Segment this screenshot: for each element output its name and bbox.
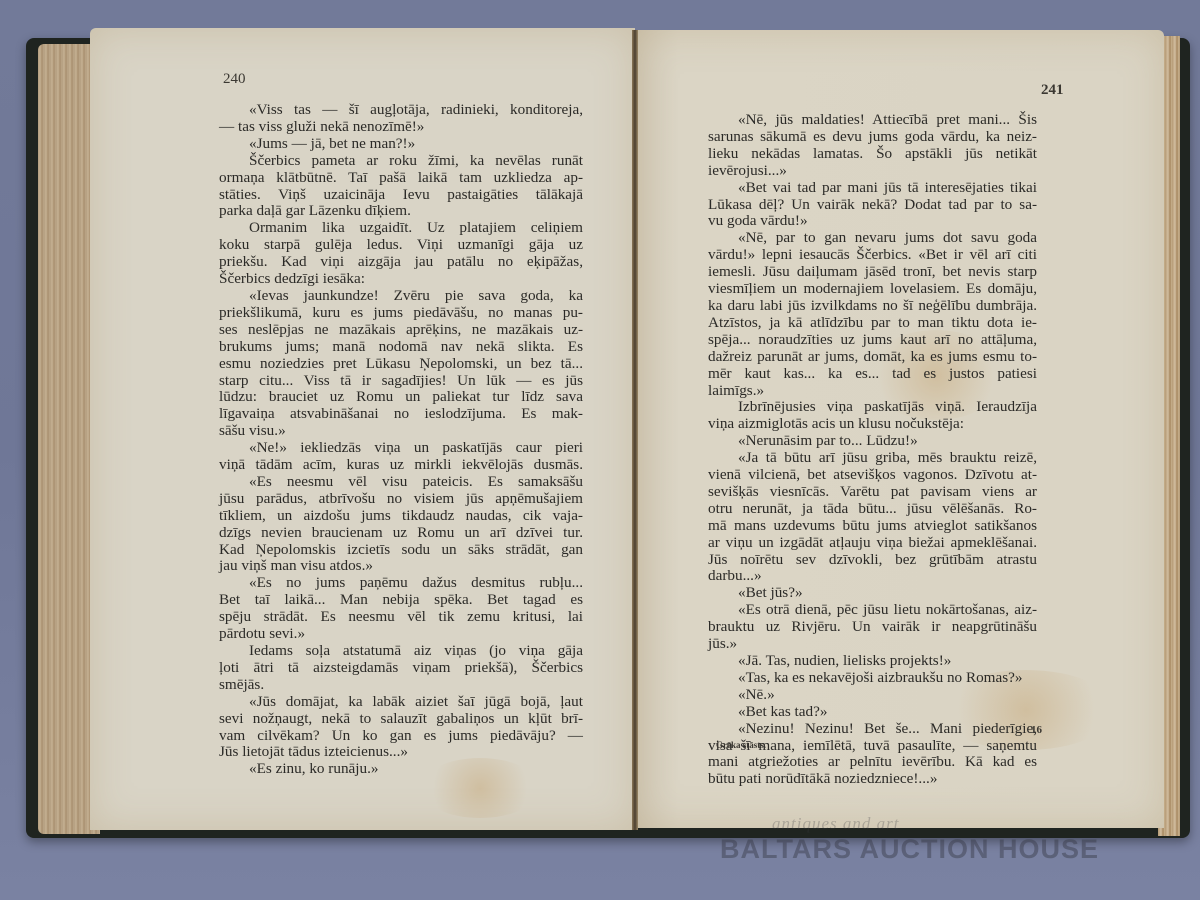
- text-line: «Es zinu, ko runāju.»: [219, 761, 583, 778]
- left-page-number: 240: [223, 71, 246, 88]
- text-line: mā mans uzdevums būtu jums atvieglot sat…: [708, 518, 1037, 535]
- text-line: esmu noziedzies pret Lūkasu Ņepolomski, …: [219, 356, 583, 373]
- text-line: «Es neesmu vēl visu pateicis. Es samaksā…: [219, 474, 583, 491]
- text-line: ļoti ātri tā aizsteigdamās viņam priekšā…: [219, 660, 583, 677]
- text-line: «Tas, ka es nekavējoši aizbraukšu no Rom…: [708, 670, 1037, 687]
- text-line: Ormanim lika uzgaidīt. Uz platajiem celi…: [219, 220, 583, 237]
- text-line: darbu...»: [708, 568, 1037, 585]
- text-line: sevi nožņaugt, nekā to salauzīt gabaliņo…: [219, 711, 583, 728]
- text-line: priekšu. Kad viņi aizgāja jau patālu no …: [219, 254, 583, 271]
- text-line: Jūs noīrētu sev dzīvokli, bez grūtībām a…: [708, 552, 1037, 569]
- text-line: dažreiz parunāt ar jums, domāt, ka es ju…: [708, 349, 1037, 366]
- text-line: lūdzu: brauciet uz Romu un paliekat tur …: [219, 389, 583, 406]
- text-line: smējās.: [219, 677, 583, 694]
- text-line: viesmīļiem un modernajiem lovelasiem. Es…: [708, 281, 1037, 298]
- text-line: «Nerunāsim par to... Lūdzu!»: [708, 433, 1037, 450]
- text-line: parka daļā gar Lāzenku dīķiem.: [219, 203, 583, 220]
- signature-number: 16: [1031, 724, 1042, 736]
- right-page-number: 241: [1041, 82, 1064, 99]
- right-page-text: «Nē, jūs maldaties! Attiecībā pret mani.…: [708, 112, 1037, 788]
- text-line: «Jūs domājat, ka labāk aiziet šaī jūgā b…: [219, 694, 583, 711]
- text-line: stāties. Viņš uzaicināja Ievu pastaigāti…: [219, 187, 583, 204]
- watermark: antiques and art BALTARS AUCTION HOUSE: [720, 832, 1120, 872]
- text-line: vienā vilcienā, bet atsevišķos vagonos. …: [708, 467, 1037, 484]
- text-line: Jūs lietojāt tādus izteicienus...»: [219, 744, 583, 761]
- watermark-brand: BALTARS AUCTION HOUSE: [720, 834, 1099, 865]
- text-line: sāšu visu.»: [219, 423, 583, 440]
- text-line: «Bet vai tad par mani jūs tā interesējat…: [708, 180, 1037, 197]
- text-line: «Ievas jaunkundze! Zvēru pie sava goda, …: [219, 288, 583, 305]
- text-line: starp citu... Viss tā ir sagadījies! Un …: [219, 373, 583, 390]
- text-line: laimīgs.»: [708, 383, 1037, 400]
- text-line: ievērojusi...»: [708, 163, 1037, 180]
- text-line: «Nē, par to gan nevaru jums dot savu god…: [708, 230, 1037, 247]
- text-line: vārdu!» lepni iesaucās Ščerbics. «Bet ir…: [708, 247, 1037, 264]
- text-line: Kad Ņepolomskis izcietīs sodu un sāks st…: [219, 542, 583, 559]
- text-line: viņa aizmiglotās acis un klusu nočukstēj…: [708, 416, 1037, 433]
- text-line: «Nezinu! Nezinu! Bet še... Mani piederīg…: [708, 721, 1037, 738]
- text-line: spēju strādāt. Es neesmu vēl tik zemu kr…: [219, 609, 583, 626]
- text-line: «Es no jums paņēmu dažus desmitus rubļu.…: [219, 575, 583, 592]
- text-line: viņā tādām acīm, kuras uz mirkli iekvēlo…: [219, 457, 583, 474]
- text-line: otru nerunāt, ja tāda būtu... jūsu vēlēš…: [708, 501, 1037, 518]
- text-line: «Jā. Tas, nudien, lielisks projekts!»: [708, 653, 1037, 670]
- text-line: līgavaiņa atsvabināšanai no ieslodzījuma…: [219, 406, 583, 423]
- text-line: koku starpā gulēja ledus. Viņi uzmanīgi …: [219, 237, 583, 254]
- text-line: «Nē, jūs maldaties! Attiecībā pret mani.…: [708, 112, 1037, 129]
- text-line: «Bet jūs?»: [708, 585, 1037, 602]
- text-line: ka daru labi jūs izvilkdams no šī neģēlī…: [708, 298, 1037, 315]
- text-line: Lūkasa dēļ? Un vairāk nekā? Dodat tad pa…: [708, 197, 1037, 214]
- text-line: pārdotu sevi.»: [219, 626, 583, 643]
- text-line: ar viņu un izgādāt atļauju viņa biežai a…: [708, 535, 1037, 552]
- text-line: sarunas sākumā es devu jums goda vārdu, …: [708, 129, 1037, 146]
- text-line: «Ja tā būtu arī jūsu griba, mēs brauktu …: [708, 450, 1037, 467]
- text-line: vu goda vārdu!»: [708, 213, 1037, 230]
- text-line: Izbrīnējusies viņa paskatījās viņā. Iera…: [708, 399, 1037, 416]
- text-line: Atzīstos, ja kā atlīdzību par to man tik…: [708, 315, 1037, 332]
- text-line: «Nē.»: [708, 687, 1037, 704]
- text-line: jūsu parādus, atbrīvošu no visiem jūs ap…: [219, 491, 583, 508]
- text-line: mani atgriežoties ar pelnītu ievērību. K…: [708, 754, 1037, 771]
- text-line: jūs.»: [708, 636, 1037, 653]
- text-line: Iedams soļa atstatumā aiz viņas (jo viņa…: [219, 643, 583, 660]
- text-line: tīkliem, un aizdošu jums tikdaudz naudas…: [219, 508, 583, 525]
- text-line: jau viņš man visu atdos.»: [219, 558, 583, 575]
- book-gutter: [632, 30, 638, 830]
- text-line: mēr kaut kas... ka es... tad es justos p…: [708, 366, 1037, 383]
- text-line: «Viss tas — šī augļotāja, radinieki, kon…: [219, 102, 583, 119]
- left-page-text: «Viss tas — šī augļotāja, radinieki, kon…: [219, 102, 583, 778]
- text-line: Ščerbics dedzīgi iesāka:: [219, 271, 583, 288]
- text-line: iemesli. Jūsu daiļumam jāsēd tronī, bet …: [708, 264, 1037, 281]
- text-line: ses neslēpjas ne mazākais aprēķins, ne m…: [219, 322, 583, 339]
- text-line: priekšlikumā, kuru es jums piedāvāšu, no…: [219, 305, 583, 322]
- text-line: ormaņa klātbūtnē. Taī pašā laikā tam uzk…: [219, 170, 583, 187]
- text-line: būtu pati norūdītākā noziedzniece!...»: [708, 771, 1037, 788]
- text-line: «Jums — jā, bet ne man?!»: [219, 136, 583, 153]
- text-line: lieku nekādas lamatas. Šo apstākli jūs n…: [708, 146, 1037, 163]
- text-line: spēja... noraudzīties uz jums kaut arī n…: [708, 332, 1037, 349]
- text-line: «Ne!» iekliedzās viņa un paskatījās caur…: [219, 440, 583, 457]
- text-line: — tas viss gluži nekā nenozīmē!»: [219, 119, 583, 136]
- text-line: brauktu uz Rivjēru. Un vairāk ir neapgrū…: [708, 619, 1037, 636]
- text-line: brukums jums; manā nodomā nav nekā slikt…: [219, 339, 583, 356]
- text-line: sevišķās viesnīcās. Varētu pat pavisam v…: [708, 484, 1037, 501]
- text-line: dzīgs nevien braucienam uz Romu un arī d…: [219, 525, 583, 542]
- text-line: Ščerbics pameta ar roku žīmi, ka nevēlas…: [219, 153, 583, 170]
- signature-mark: Grēka stāsts.: [716, 740, 766, 750]
- text-line: «Bet kas tad?»: [708, 704, 1037, 721]
- text-line: Bet taī laikā... Man nebija spēka. Bet t…: [219, 592, 583, 609]
- text-line: vam cilvēkam? Un ko gan es jums piedāvāj…: [219, 728, 583, 745]
- text-line: «Es otrā dienā, pēc jūsu lietu nokārtoša…: [708, 602, 1037, 619]
